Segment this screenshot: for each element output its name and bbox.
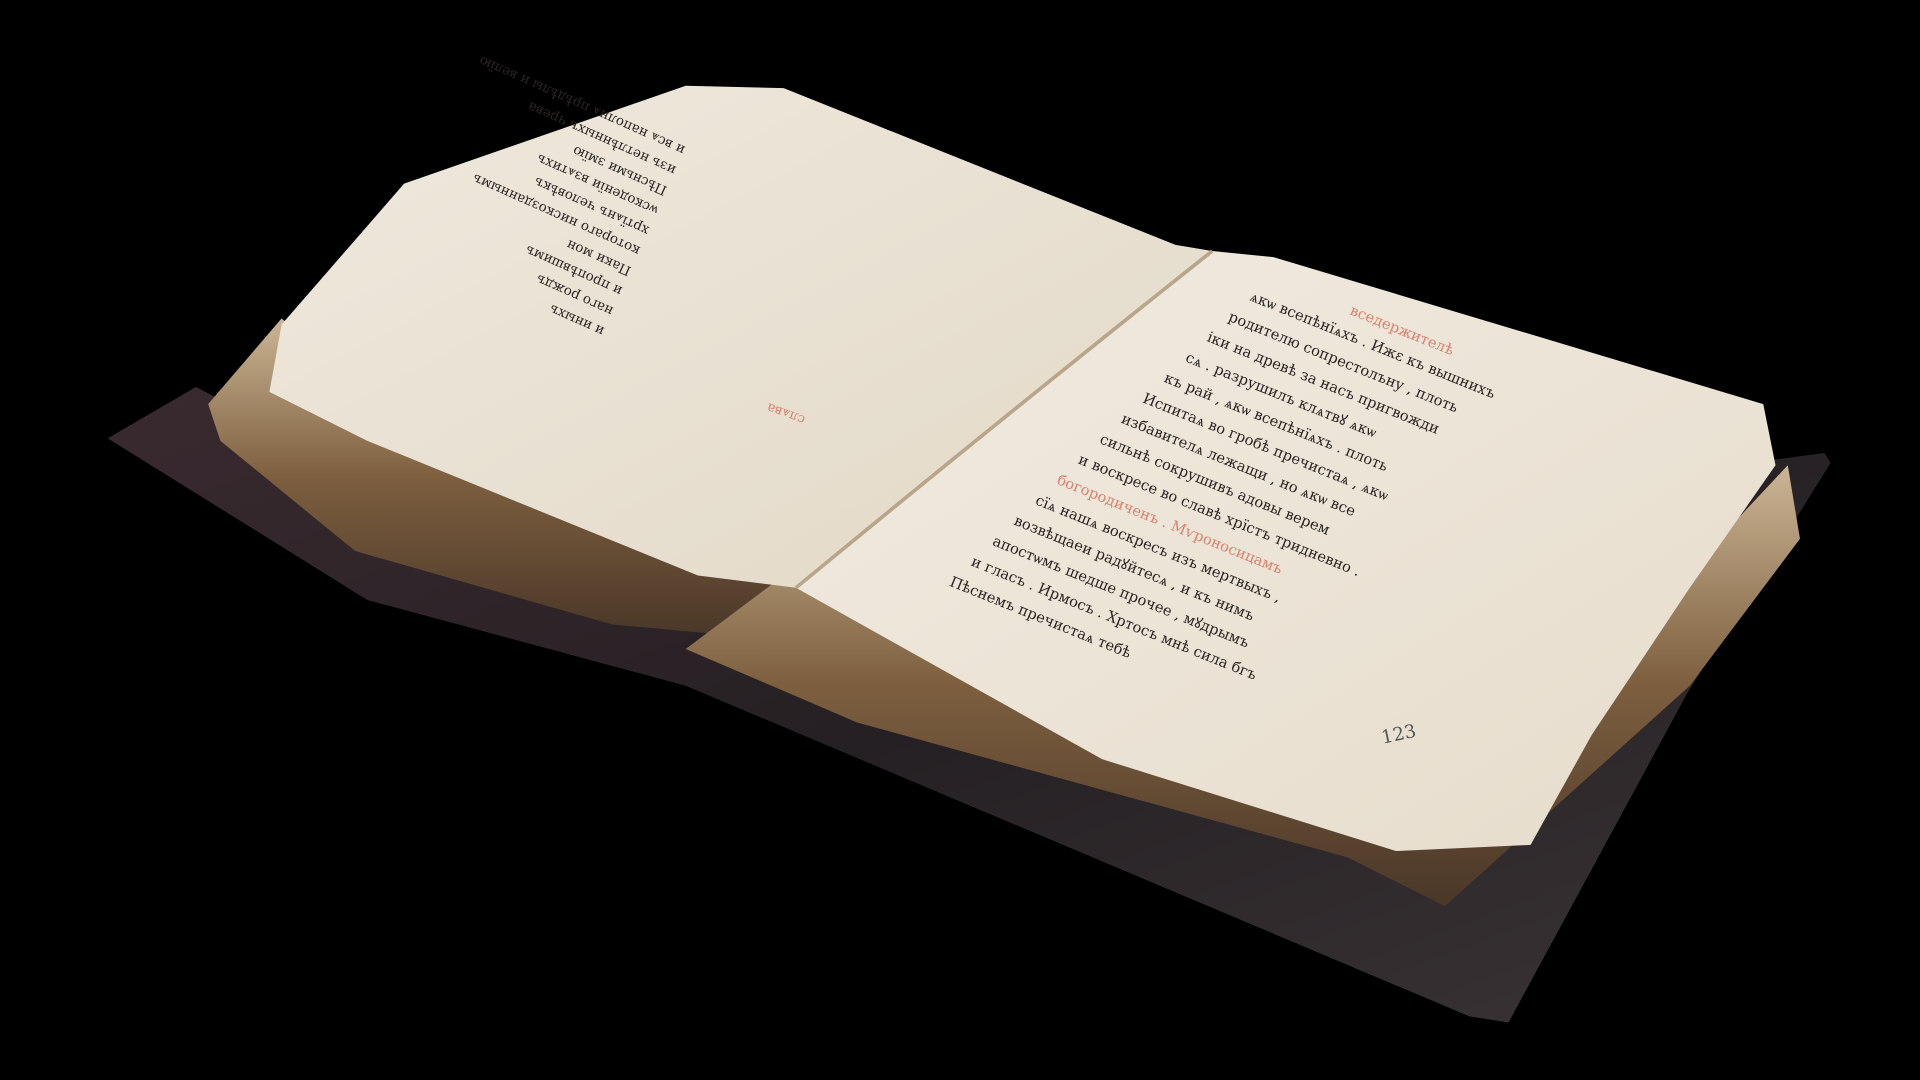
- photo-scene: слѧва и всѧ наполнѧ прѣдѣлы и велїю изъ …: [0, 0, 1920, 1080]
- book-photo: слѧва и всѧ наполнѧ прѣдѣлы и велїю изъ …: [0, 0, 1920, 1080]
